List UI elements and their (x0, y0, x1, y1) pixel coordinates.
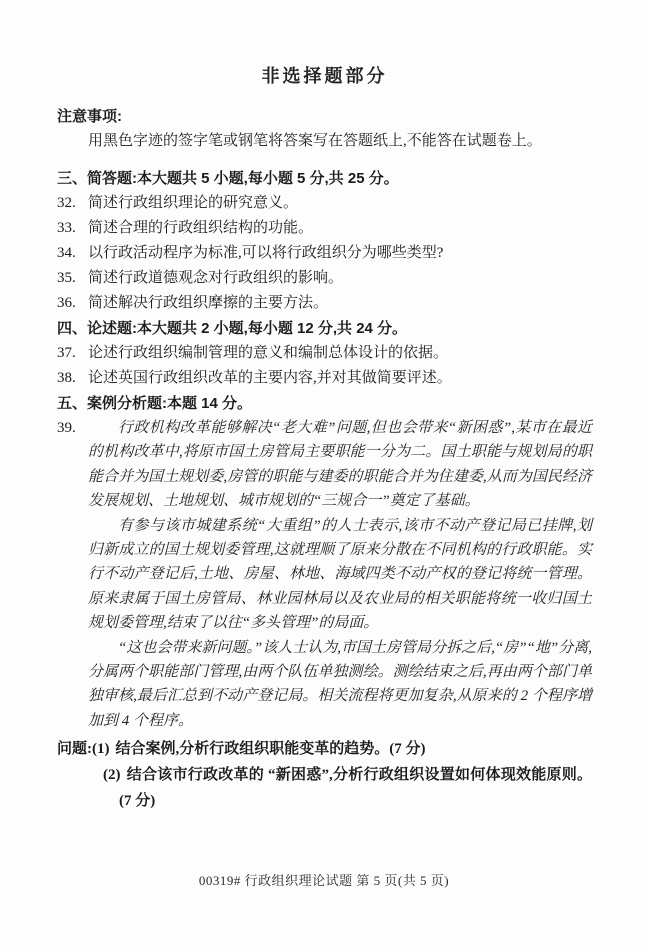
notice-label: 注意事项: (57, 104, 592, 129)
question-32: 32.简述行政组织理论的研究意义。 (57, 191, 592, 216)
question-number: 37. (57, 341, 88, 366)
question-35: 35.简述行政道德观念对行政组织的影响。 (57, 266, 592, 291)
exam-page: 非选择题部分 注意事项: 用黑色字迹的签字笔或钢笔将答案写在答题纸上,不能答在试… (0, 0, 648, 946)
question-number: 39. (57, 416, 76, 440)
sub-question-number: (1) (92, 741, 116, 757)
question-38: 38.论述英国行政组织改革的主要内容,并对其做简要评述。 (57, 366, 592, 391)
sub-question-text: 结合案例,分析行政组织职能变革的趋势。(7 分) (116, 741, 426, 757)
question-number: 38. (57, 366, 88, 391)
question-34: 34.以行政活动程序为标准,可以将行政组织分为哪些类型? (57, 241, 592, 266)
section-heading-4: 四、论述题:本大题共 2 小题,每小题 12 分,共 24 分。 (57, 316, 592, 341)
question-37: 37.论述行政组织编制管理的意义和编制总体设计的依据。 (57, 341, 592, 366)
section-essay: 四、论述题:本大题共 2 小题,每小题 12 分,共 24 分。 37.论述行政… (57, 316, 592, 391)
sub-question-text: 结合该市行政改革的 “新困惑”,分析行政组织设置如何体现效能原则。(7 分) (119, 767, 592, 809)
question-39-case: 39. 行政机构改革能够解决“老大难”问题,但也会带来“新困惑”,某市在最近的机… (57, 416, 592, 733)
case-paragraph-2: 有参与该市城建系统“大重组”的人士表示,该市不动产登记局已挂牌,划归新成立的国土… (88, 514, 592, 636)
question-text: 论述英国行政组织改革的主要内容,并对其做简要评述。 (88, 370, 452, 386)
question-number: 34. (57, 241, 88, 266)
notice-text: 用黑色字迹的签字笔或钢笔将答案写在答题纸上,不能答在试题卷上。 (57, 129, 592, 154)
question-text: 简述行政道德观念对行政组织的影响。 (88, 270, 343, 286)
question-number: 36. (57, 291, 88, 316)
page-title: 非选择题部分 (57, 0, 592, 88)
section-short-answer: 三、简答题:本大题共 5 小题,每小题 5 分,共 25 分。 32.简述行政组… (57, 166, 592, 316)
case-paragraph-1: 行政机构改革能够解决“老大难”问题,但也会带来“新困惑”,某市在最近的机构改革中… (88, 416, 592, 514)
page-footer: 00319# 行政组织理论试题 第 5 页(共 5 页) (0, 870, 648, 889)
notice-block: 注意事项: 用黑色字迹的签字笔或钢笔将答案写在答题纸上,不能答在试题卷上。 (57, 104, 592, 154)
case-question-1: 问题:(1)结合案例,分析行政组织职能变革的趋势。(7 分) (57, 736, 592, 762)
question-number: 33. (57, 216, 88, 241)
question-text: 以行政活动程序为标准,可以将行政组织分为哪些类型? (88, 245, 443, 261)
question-36: 36.简述解决行政组织摩擦的主要方法。 (57, 291, 592, 316)
case-questions: 问题:(1)结合案例,分析行政组织职能变革的趋势。(7 分) (2)结合该市行政… (57, 736, 592, 814)
question-33: 33.简述合理的行政组织结构的功能。 (57, 216, 592, 241)
case-paragraph-3: “这也会带来新问题。”该人士认为,市国土房管局分拆之后,“房”“地”分离,分属两… (88, 636, 592, 734)
sub-question-number: (2) (103, 767, 127, 783)
question-number: 32. (57, 191, 88, 216)
case-question-2: (2)结合该市行政改革的 “新困惑”,分析行政组织设置如何体现效能原则。(7 分… (103, 762, 592, 814)
question-text: 简述解决行政组织摩擦的主要方法。 (88, 295, 328, 311)
question-text: 简述行政组织理论的研究意义。 (88, 195, 298, 211)
section-heading-3: 三、简答题:本大题共 5 小题,每小题 5 分,共 25 分。 (57, 166, 592, 191)
section-heading-5: 五、案例分析题:本题 14 分。 (57, 391, 592, 416)
question-text: 论述行政组织编制管理的意义和编制总体设计的依据。 (88, 345, 448, 361)
case-questions-label: 问题: (57, 741, 92, 757)
question-number: 35. (57, 266, 88, 291)
question-text: 简述合理的行政组织结构的功能。 (88, 220, 313, 236)
section-case-analysis: 五、案例分析题:本题 14 分。 39. 行政机构改革能够解决“老大难”问题,但… (57, 391, 592, 814)
